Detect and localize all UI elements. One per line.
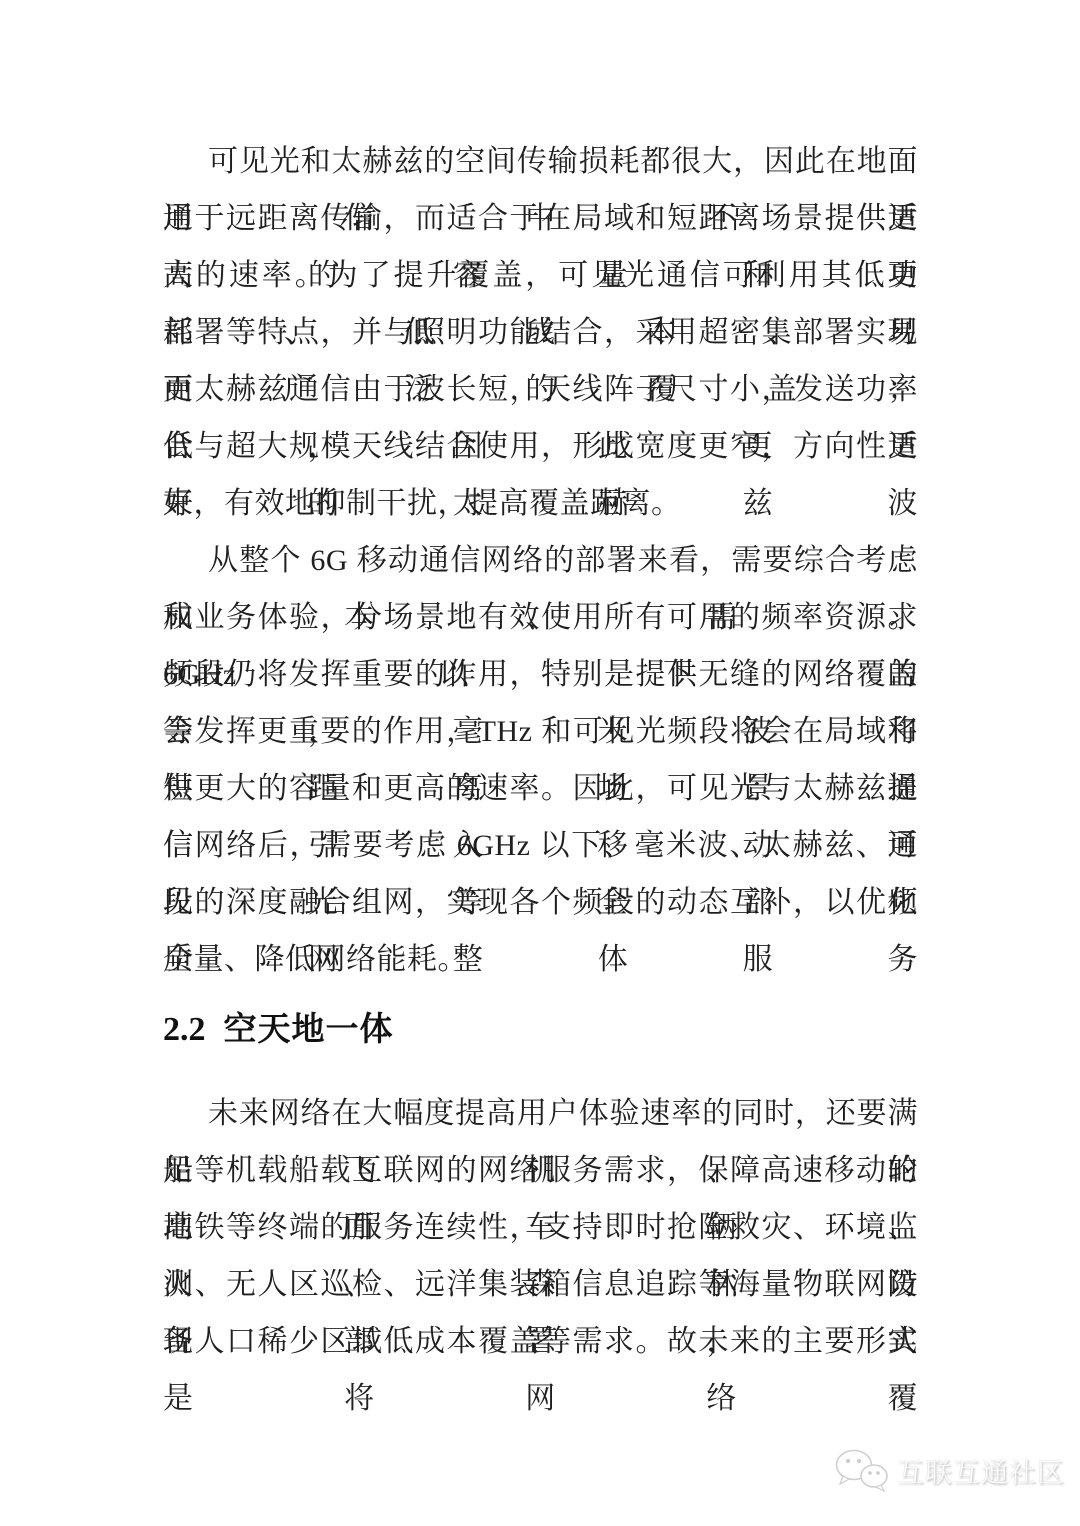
text-line: 会发挥更重要的作用，THz 和可见光频段将会在局域和短距离场景提 <box>163 703 918 760</box>
text-line: 船等机载船载互联网的网络服务需求，保障高速移动的地面车辆、 <box>163 1142 918 1199</box>
text-line: 可见光和太赫兹的空间传输损耗都很大，因此在地面通信中不适 <box>163 133 918 190</box>
text-line: 频段仍将发挥重要的作用，特别是提供无缝的网络覆盖等，毫米波将 <box>163 646 918 703</box>
wechat-icon <box>833 1446 889 1494</box>
text-line: 用于远距离传输，而适合于在局域和短距离场景提供更大的容量和更 <box>163 190 918 247</box>
section-title: 空天地一体 <box>224 1010 394 1047</box>
watermark-label: 互联互通社区 <box>897 1451 1065 1490</box>
body-text-block: 未来网络在大幅度提高用户体验速率的同时，还要满足飞机、轮 船等机载船载互联网的网… <box>163 1085 918 1370</box>
text-line: 和业务体验，分场景地有效使用所有可用的频率资源。6GHz 以下的 <box>163 589 918 646</box>
section-heading: 2.2空天地一体 <box>163 1006 394 1052</box>
watermark: 互联互通社区 <box>833 1446 1065 1494</box>
text-line: 从整个 6G 移动通信网络的部署来看，需要综合考虑成本、需求 <box>163 532 918 589</box>
section-number: 2.2 <box>163 1011 206 1048</box>
text-line: 高的速率。为了提升覆盖，可见光通信可利用其低功耗、低成本、易 <box>163 247 918 304</box>
text-line: 信网络后，需要考虑 6GHz 以下、毫米波、太赫兹、可见光等全部频 <box>163 817 918 874</box>
text-line: 现人口稀少区域低成本覆盖等需求。故未来的主要形式是将网络覆 <box>163 1313 918 1370</box>
text-line: 供更大的容量和更高的速率。因此，可见光与太赫兹通信引入移动通 <box>163 760 918 817</box>
body-text-block: 可见光和太赫兹的空间传输损耗都很大，因此在地面通信中不适 用于远距离传输，而适合… <box>163 133 918 988</box>
text-line: 而太赫兹通信由于波长短，天线阵子尺寸小，发送功率低，因此更适 <box>163 361 918 418</box>
text-line: 段的深度融合组网，实现各个频段的动态互补，以优化全网整体服务 <box>163 874 918 931</box>
text-line: 合与超大规模天线结合使用，形成宽度更窄，方向性更好的太赫兹波 <box>163 418 918 475</box>
document-page: 可见光和太赫兹的空间传输损耗都很大，因此在地面通信中不适 用于远距离传输，而适合… <box>0 0 1080 1526</box>
text-line: 未来网络在大幅度提高用户体验速率的同时，还要满足飞机、轮 <box>163 1085 918 1142</box>
text-line: 火、无人区巡检、远洋集装箱信息追踪等海量物联网设备部署，实 <box>163 1256 918 1313</box>
text-line: 高铁等终端的服务连续性，支持即时抢险救灾、环境监测、森林防 <box>163 1199 918 1256</box>
text-line: 部署等特点，并与照明功能结合，采用超密集部署实现更广泛的覆盖； <box>163 304 918 361</box>
